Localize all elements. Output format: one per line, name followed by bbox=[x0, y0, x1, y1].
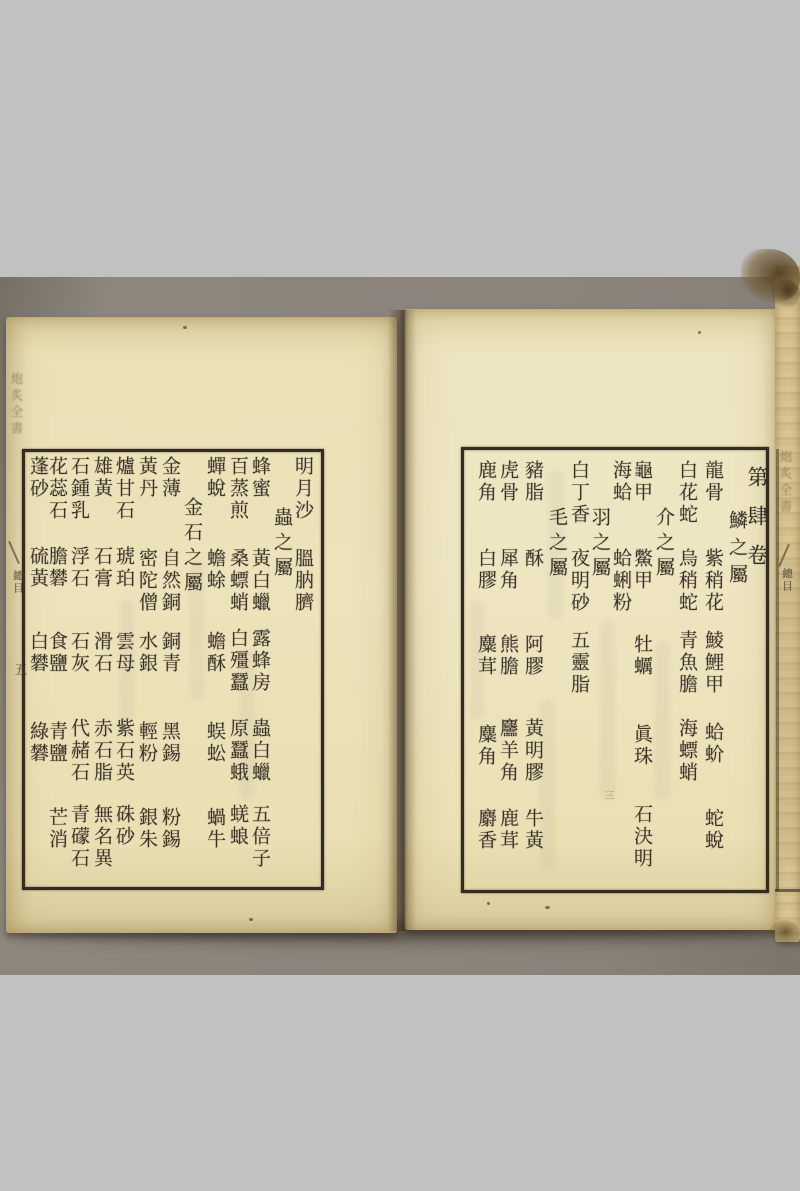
toc-entry: 滑石 bbox=[89, 631, 113, 675]
toc-entry: 蟾酥 bbox=[202, 631, 226, 675]
toc-entry: 熊膽 bbox=[495, 634, 519, 678]
toc-entry: 蓬砂 bbox=[25, 456, 49, 500]
toc-entry: 麝香 bbox=[473, 808, 497, 852]
toc-entry: 雄黃 bbox=[89, 456, 113, 500]
toc-entry: 硫黃 bbox=[25, 546, 49, 590]
ink-speck bbox=[545, 906, 550, 909]
toc-entry: 黃明膠 bbox=[520, 718, 544, 784]
toc-entry: 阿膠 bbox=[520, 634, 544, 678]
toc-entry: 白殭蠶 bbox=[225, 628, 249, 694]
toc-entry: 酥 bbox=[520, 548, 544, 570]
toc-entry: 明月沙 bbox=[290, 456, 314, 522]
toc-entry: 百蒸煎 bbox=[225, 456, 249, 522]
toc-entry: 無名異 bbox=[89, 804, 113, 870]
category-header: 介之屬 bbox=[651, 507, 675, 582]
toc-entry: 五倍子 bbox=[247, 804, 271, 870]
toc-entry: 金薄 bbox=[157, 456, 181, 500]
bleed-through bbox=[600, 620, 615, 800]
toc-entry: 紫稍花 bbox=[700, 548, 724, 614]
toc-entry: 輕粉 bbox=[134, 721, 158, 765]
toc-entry: 蛤蚧 bbox=[700, 722, 724, 766]
toc-entry: 蟾蜍 bbox=[202, 548, 226, 592]
toc-entry: 牛黃 bbox=[520, 808, 544, 852]
category-header: 蟲之屬 bbox=[269, 507, 293, 582]
toc-entry: 水銀 bbox=[134, 631, 158, 675]
toc-entry: 蟬蛻 bbox=[202, 456, 226, 500]
toc-entry: 原蠶蛾 bbox=[225, 718, 249, 784]
toc-entry: 膃肭臍 bbox=[290, 548, 314, 614]
toc-entry: 鯪鯉甲 bbox=[700, 630, 724, 696]
ink-speck bbox=[183, 326, 187, 329]
toc-entry: 鱉甲 bbox=[629, 548, 653, 592]
right-spine-title: 炮炙全書 bbox=[777, 450, 793, 516]
toc-entry: 海蛤 bbox=[608, 460, 632, 504]
toc-entry: 琥珀 bbox=[111, 546, 135, 590]
toc-entry: 夜明砂 bbox=[566, 548, 590, 614]
toc-entry: 爐甘石 bbox=[111, 456, 135, 522]
toc-entry: 青礞石 bbox=[66, 804, 90, 870]
toc-entry: 銀朱 bbox=[134, 807, 158, 851]
volume-section-title: 鱗之屬 bbox=[724, 510, 748, 591]
toc-entry: 密陀僧 bbox=[134, 548, 158, 614]
toc-entry: 青魚膽 bbox=[674, 630, 698, 696]
toc-entry: 龜甲 bbox=[629, 460, 653, 504]
toc-entry: 綠礬 bbox=[25, 721, 49, 765]
center-gutter-shadow bbox=[388, 310, 416, 931]
toc-entry: 黑錫 bbox=[157, 721, 181, 765]
toc-entry: 石灰 bbox=[66, 631, 90, 675]
toc-entry: 蟲白蠟 bbox=[247, 718, 271, 784]
toc-entry: 芒消 bbox=[44, 807, 68, 851]
toc-entry: 牡蠣 bbox=[629, 634, 653, 678]
left-edge-label: 總目 bbox=[10, 570, 24, 595]
toc-entry: 白礬 bbox=[25, 631, 49, 675]
toc-entry: 露蜂房 bbox=[247, 628, 271, 694]
category-header: 羽之屬 bbox=[587, 507, 611, 582]
toc-entry: 白花蛇 bbox=[674, 460, 698, 526]
toc-entry: 銅青 bbox=[157, 631, 181, 675]
category-header: 金石之屬 bbox=[179, 497, 203, 597]
toc-entry: 犀角 bbox=[495, 548, 519, 592]
toc-entry: 麋茸 bbox=[473, 634, 497, 678]
toc-entry: 白丁香 bbox=[566, 460, 590, 526]
toc-entry: 蜂蜜 bbox=[247, 456, 271, 500]
toc-entry: 雲母 bbox=[111, 631, 135, 675]
photo-of-open-book: 炮炙全書 總目 五 炮炙全書 總目 第肆卷鱗之屬龍骨紫稍花白花蛇烏稍蛇介之屬龜甲… bbox=[0, 0, 800, 1191]
ink-speck bbox=[487, 902, 490, 905]
toc-entry: 鹿角 bbox=[473, 460, 497, 504]
worn-bottom-corner bbox=[768, 920, 800, 946]
stacked-frame-line bbox=[775, 889, 800, 892]
toc-entry: 硃砂 bbox=[111, 804, 135, 848]
toc-entry: 麋角 bbox=[473, 724, 497, 768]
toc-entry: 赤石脂 bbox=[89, 718, 113, 784]
toc-entry: 海螵蛸 bbox=[674, 718, 698, 784]
toc-entry: 紫石英 bbox=[111, 718, 135, 784]
bleed-through bbox=[783, 560, 795, 860]
toc-entry: 石鍾乳 bbox=[66, 456, 90, 522]
toc-entry: 蜣蜋 bbox=[225, 804, 249, 848]
toc-entry: 浮石 bbox=[66, 546, 90, 590]
left-spine-title: 炮炙全書 bbox=[8, 372, 24, 438]
toc-entry: 龍骨 bbox=[700, 460, 724, 504]
toc-entry: 桑螵蛸 bbox=[225, 548, 249, 614]
worn-corner-spot bbox=[770, 279, 800, 309]
toc-entry: 黃白蠟 bbox=[247, 548, 271, 614]
toc-entry: 鹿茸 bbox=[495, 808, 519, 852]
right-edge-label: 總目 bbox=[779, 568, 793, 593]
toc-entry: 白膠 bbox=[473, 548, 497, 592]
toc-entry: 蛤蜊粉 bbox=[608, 548, 632, 614]
toc-entry: 烏稍蛇 bbox=[674, 548, 698, 614]
toc-entry: 五靈脂 bbox=[566, 630, 590, 696]
toc-entry: 眞珠 bbox=[629, 724, 653, 768]
toc-entry: 石決明 bbox=[629, 804, 653, 870]
toc-entry: 自然銅 bbox=[157, 548, 181, 614]
toc-entry: 黃丹 bbox=[134, 456, 158, 500]
ink-mark: 三 bbox=[601, 790, 613, 801]
toc-entry: 豬脂 bbox=[520, 460, 544, 504]
toc-entry: 蜈蚣 bbox=[202, 721, 226, 765]
toc-entry: 代赭石 bbox=[66, 718, 90, 784]
ink-speck bbox=[698, 331, 701, 334]
bleed-through bbox=[655, 640, 670, 800]
toc-entry: 麢羊角 bbox=[495, 718, 519, 784]
toc-entry: 虎骨 bbox=[495, 460, 519, 504]
category-header: 毛之屬 bbox=[544, 507, 568, 582]
toc-entry: 石膏 bbox=[89, 546, 113, 590]
toc-entry: 蛇蛻 bbox=[700, 808, 724, 852]
toc-entry: 蝸牛 bbox=[202, 807, 226, 851]
toc-entry: 粉錫 bbox=[157, 807, 181, 851]
ink-speck bbox=[249, 918, 253, 921]
